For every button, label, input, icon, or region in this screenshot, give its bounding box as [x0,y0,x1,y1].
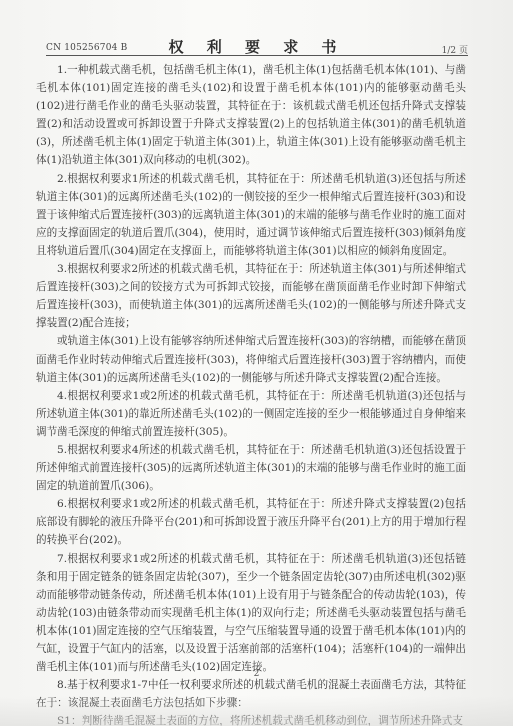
claim-6: 6.根据权利要求1或2所述的机载式凿毛机，其特征在于：所述升降式支撑装置(2)包… [36,495,466,549]
patent-page: CN 105256704 B 权 利 要 求 书 1/2 页 1.一种机载式凿毛… [0,0,513,726]
page-title: 权 利 要 求 书 [46,36,468,57]
header-divider [46,55,468,56]
claim-3: 3.根据权利要求2所述的机载式凿毛机，其特征在于：所述轨道主体(301)与所述伸… [36,260,466,332]
claim-2: 2.根据权利要求1所述的机载式凿毛机，其特征在于：所述凿毛机轨道(3)还包括与所… [36,170,466,260]
claim-1: 1.一种机载式凿毛机，包括凿毛机主体(1)，凿毛机主体(1)包括凿毛机本体(10… [36,61,466,170]
claim-4: 4.根据权利要求1或2所述的机载式凿毛机，其特征在于：所述凿毛机轨道(3)还包括… [36,387,466,441]
claim-5: 5.根据权利要求4所述的机载式凿毛机，其特征在于：所述凿毛机轨道(3)还包括设置… [36,441,466,495]
scan-shadow [0,696,513,726]
claim-3-alternative: 或轨道主体(301)上设有能够容纳所述伸缩式后置连接杆(303)的容纳槽，而能够… [36,332,466,386]
page-header: CN 105256704 B 权 利 要 求 书 1/2 页 [46,36,468,54]
claim-7: 7.根据权利要求1或2所述的机载式凿毛机，其特征在于：所述凿毛机轨道(3)还包括… [36,550,466,677]
claims-body: 1.一种机载式凿毛机，包括凿毛机主体(1)，凿毛机主体(1)包括凿毛机本体(10… [36,61,466,726]
page-number: 2 [0,669,513,679]
